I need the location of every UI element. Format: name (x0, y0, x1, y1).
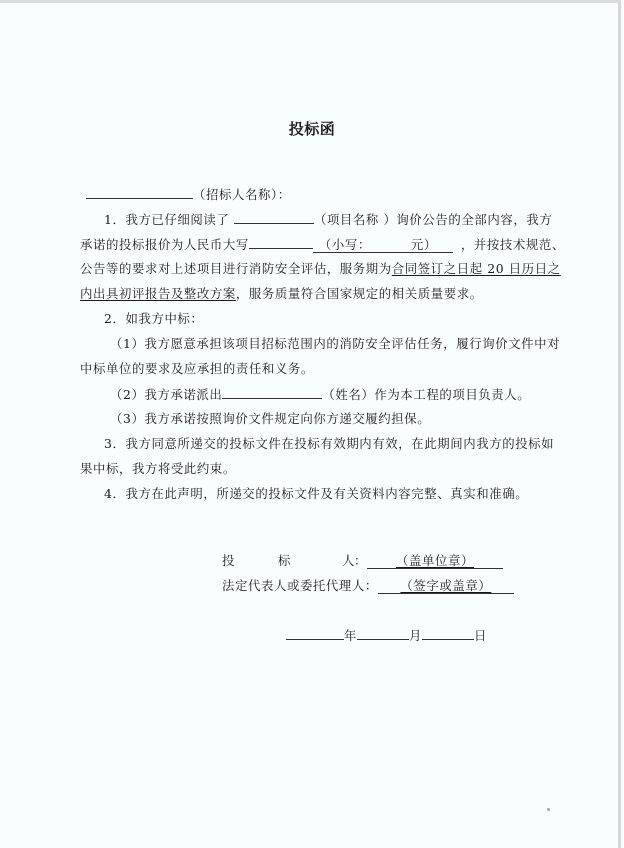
price-figures-field[interactable]: （小写：元） (313, 238, 453, 253)
representative-signature-line: 法定代表人或委托代理人：（签字或盖章） (222, 578, 514, 594)
small-unit: 元） (411, 237, 437, 252)
para1-line4: 内出具初评报告及整改方案，服务质量符合国家规定的相关质量要求。 (80, 286, 483, 302)
document-title: 投标函 (0, 118, 624, 139)
para1-text: ，服务质量符合国家规定的相关质量要求。 (236, 286, 483, 301)
item2-text: （2）我方承诺派出 (110, 387, 222, 402)
para4-line1: 4．我方在此声明，所递交的投标文件及有关资料内容完整、真实和准确。 (104, 486, 528, 502)
para2-item1-line2: 中标单位的要求及应承担的责任和义务。 (80, 361, 314, 377)
para1-line3: 公告等的要求对上述项目进行消防安全评估，服务期为合同签订之日起 20 日历日之 (80, 261, 561, 277)
para3-line2: 果中标，我方将受此约束。 (80, 461, 236, 477)
representative-signature-field[interactable]: （签字或盖章） (378, 579, 514, 594)
bidder-signature-line: 投标人：（盖单位章） (222, 553, 503, 569)
para2-heading: 2．如我方中标： (104, 311, 203, 327)
para2-item2: （2）我方承诺派出（姓名）作为本工程的项目负责人。 (110, 386, 530, 403)
bidder-seal-field[interactable]: （盖单位章） (367, 554, 503, 569)
addressee-line: （招标人名称）： (86, 186, 291, 203)
bidder-label-char: 投 (222, 553, 278, 569)
bidder-label-char: 标 (278, 553, 342, 569)
service-period-text: 合同签订之日起 20 日历日之 (392, 261, 561, 276)
price-words-blank[interactable] (249, 236, 313, 249)
project-name-blank[interactable] (234, 211, 314, 224)
representative-signature-hint: （签字或盖章） (400, 578, 491, 593)
bidder-label-char: 人 (342, 553, 354, 569)
para2-item1-line1: （1）我方愿意承担该项目招标范围内的消防安全评估任务，履行询价文件中对 (110, 336, 560, 352)
bidee-name-blank[interactable] (86, 186, 193, 199)
day-label: 日 (474, 628, 487, 643)
para1-text: （项目名称 ）询价公告的全部内容，我方 (314, 212, 552, 227)
year-blank[interactable] (286, 627, 344, 640)
para3-line1: 3．我方同意所递交的投标文件在投标有效期内有效，在此期间内我方的投标如 (104, 436, 554, 452)
para1-line2: 承诺的投标报价为人民币大写（小写：元），并按技术规范、 (80, 236, 565, 253)
date-line: 年月日 (286, 627, 487, 644)
para1-text: 公告等的要求对上述项目进行消防安全评估，服务期为 (80, 261, 392, 276)
para1-text: 1．我方已仔细阅读了 (104, 212, 229, 227)
day-blank[interactable] (422, 627, 474, 640)
scan-speck (547, 808, 550, 811)
addressee-suffix: （招标人名称）： (193, 187, 291, 202)
representative-label: 法定代表人或委托代理人： (222, 578, 378, 593)
year-label: 年 (344, 628, 357, 643)
month-blank[interactable] (357, 627, 409, 640)
project-lead-name-blank[interactable] (222, 386, 322, 399)
bidder-seal-hint: （盖单位章） (396, 553, 474, 568)
para2-item3: （3）我方承诺按照询价文件规定向你方递交履约担保。 (110, 411, 430, 427)
small-label: （小写： (319, 237, 371, 252)
para1-text: 承诺的投标报价为人民币大写 (80, 237, 249, 252)
month-label: 月 (409, 628, 422, 643)
bidder-colon: ： (354, 553, 367, 568)
item2-text: （姓名）作为本工程的项目负责人。 (322, 387, 530, 402)
para1-line1: 1．我方已仔细阅读了 （项目名称 ）询价公告的全部内容，我方 (104, 211, 552, 228)
deliverable-text: 内出具初评报告及整改方案 (80, 286, 236, 301)
para1-text: ，并按技术规范、 (461, 237, 565, 252)
